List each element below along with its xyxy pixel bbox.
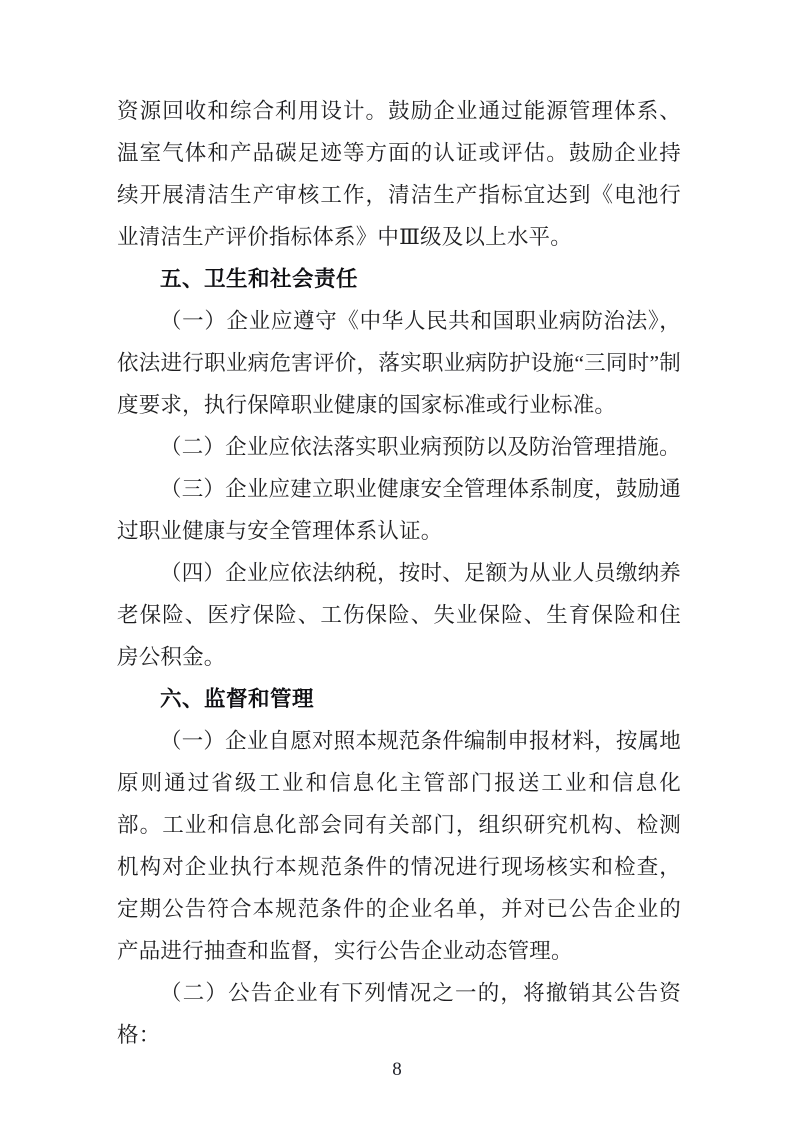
paragraph-revocation-conditions: （二）公告企业有下列情况之一的，将撤销其公告资格：: [117, 972, 681, 1056]
section-heading-health-social-responsibility: 五、卫生和社会责任: [117, 258, 681, 300]
section-heading-supervision-management: 六、监督和管理: [117, 678, 681, 720]
paragraph-disease-prevention: （二）企业应依法落实职业病预防以及防治管理措施。: [117, 426, 681, 468]
paragraph-occupational-disease-law: （一）企业应遵守《中华人民共和国职业病防治法》，依法进行职业病危害评价，落实职业…: [117, 300, 681, 426]
paragraph-application-and-review: （一）企业自愿对照本规范条件编制申报材料，按属地原则通过省级工业和信息化主管部门…: [117, 720, 681, 972]
paragraph-health-safety-system: （三）企业应建立职业健康安全管理体系制度，鼓励通过职业健康与安全管理体系认证。: [117, 468, 681, 552]
paragraph-cleaner-production: 资源回收和综合利用设计。鼓励企业通过能源管理体系、温室气体和产品碳足迹等方面的认…: [117, 90, 681, 258]
page-footer: 8: [0, 1059, 794, 1081]
page-number: 8: [392, 1059, 402, 1080]
document-page: 资源回收和综合利用设计。鼓励企业通过能源管理体系、温室气体和产品碳足迹等方面的认…: [0, 0, 794, 1123]
document-body: 资源回收和综合利用设计。鼓励企业通过能源管理体系、温室气体和产品碳足迹等方面的认…: [117, 90, 681, 1056]
paragraph-tax-and-insurance: （四）企业应依法纳税，按时、足额为从业人员缴纳养老保险、医疗保险、工伤保险、失业…: [117, 552, 681, 678]
